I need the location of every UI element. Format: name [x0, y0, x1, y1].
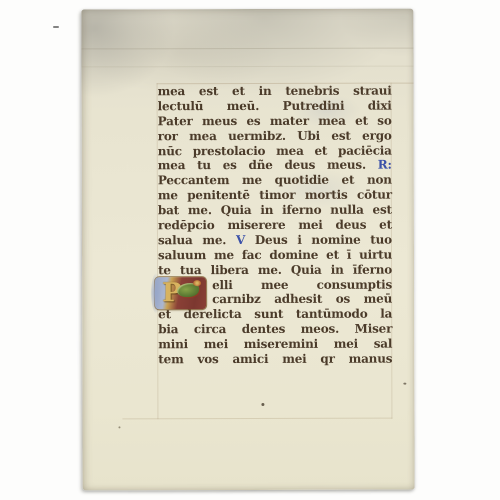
crease-line: [82, 66, 414, 68]
text-line: te tua libera me. Quia in īferno: [158, 262, 392, 278]
text-line: tem vos amici mei qr manus: [158, 352, 392, 368]
text-line: nūc prestolacio mea et paciēcia: [158, 143, 392, 159]
line-text: saluum me fac domine et ī uirtu: [158, 247, 392, 262]
line-text: lectulū meū. Putredini dixi: [158, 99, 392, 114]
photo-edge-artifact: [53, 26, 59, 28]
line-text: Peccantem me quotidie et non: [158, 173, 392, 188]
line-text: ror mea uermibz. Ubi est ergo: [158, 128, 392, 143]
versicle-mark: V: [236, 233, 245, 247]
line-text: et derelicta sunt tantūmodo la: [158, 307, 392, 322]
responsory-mark: R:: [378, 158, 392, 172]
text-line: et derelicta sunt tantūmodo la: [158, 307, 392, 323]
line-text: mea est et in tenebris straui: [158, 84, 392, 99]
line-text: elli mee consumptis: [212, 277, 392, 291]
photo-background: mea est et in tenebris straui lectulū me…: [0, 0, 500, 500]
line-text: te tua libera me. Quia in īferno: [158, 262, 392, 277]
parchment-speck: [118, 426, 120, 428]
text-line: Pater meus es mater mea et so: [158, 113, 392, 129]
text-line: lectulū meū. Putredini dixi: [158, 99, 392, 115]
line-text: me penitentē timor mortis cōtur: [158, 188, 392, 203]
line-text: carnibz adhesit os meū: [212, 292, 392, 306]
text-line: me penitentē timor mortis cōtur: [158, 188, 392, 204]
line-text: bat me. Quia in iferno nulla est: [158, 203, 392, 218]
line-text: Pater meus es mater mea et so: [158, 113, 392, 128]
parchment-speck: [403, 383, 406, 385]
line-text: mea tu es dñe deus meus.: [158, 158, 378, 173]
text-line: Peccantem me quotidie et non: [158, 173, 392, 189]
text-line: mini mei miseremini mei sal: [158, 337, 392, 353]
text-line: ror mea uermibz. Ubi est ergo: [158, 128, 392, 144]
line-text: mini mei miseremini mei sal: [158, 337, 392, 352]
text-line: saluum me fac domine et ī uirtu: [158, 247, 392, 263]
crease-line: [81, 48, 413, 50]
text-line: redēpcio miserere mei deus et: [158, 218, 392, 234]
text-line: mea tu es dñe deus meus. R:: [158, 158, 392, 174]
manuscript-leaf: mea est et in tenebris straui lectulū me…: [81, 9, 414, 491]
line-text: bia circa dentes meos. Miser: [158, 322, 392, 337]
text-line: bat me. Quia in iferno nulla est: [158, 203, 392, 219]
foliage-bud-icon: [193, 280, 201, 286]
ruling-line-bottom: [122, 418, 392, 420]
text-line: bia circa dentes meos. Miser: [158, 322, 392, 338]
line-text: tem vos amici mei qr manus: [158, 352, 392, 367]
text-line: elli mee consumptis: [212, 277, 392, 292]
line-text: nūc prestolacio mea et paciēcia: [158, 143, 392, 158]
text-line: salua me. V Deus i nomine tuo: [158, 233, 392, 249]
illuminated-initial: P: [155, 277, 206, 309]
text-line: carnibz adhesit os meū: [212, 292, 392, 307]
line-text: redēpcio miserere mei deus et: [158, 218, 392, 233]
parchment-speck: [261, 403, 264, 406]
line-text: salua me.: [158, 233, 236, 247]
text-block: mea est et in tenebris straui lectulū me…: [158, 84, 393, 368]
text-line: mea est et in tenebris straui: [158, 84, 392, 100]
initial-blue-flourish: [151, 273, 161, 313]
line-text: Deus i nomine tuo: [245, 233, 392, 247]
